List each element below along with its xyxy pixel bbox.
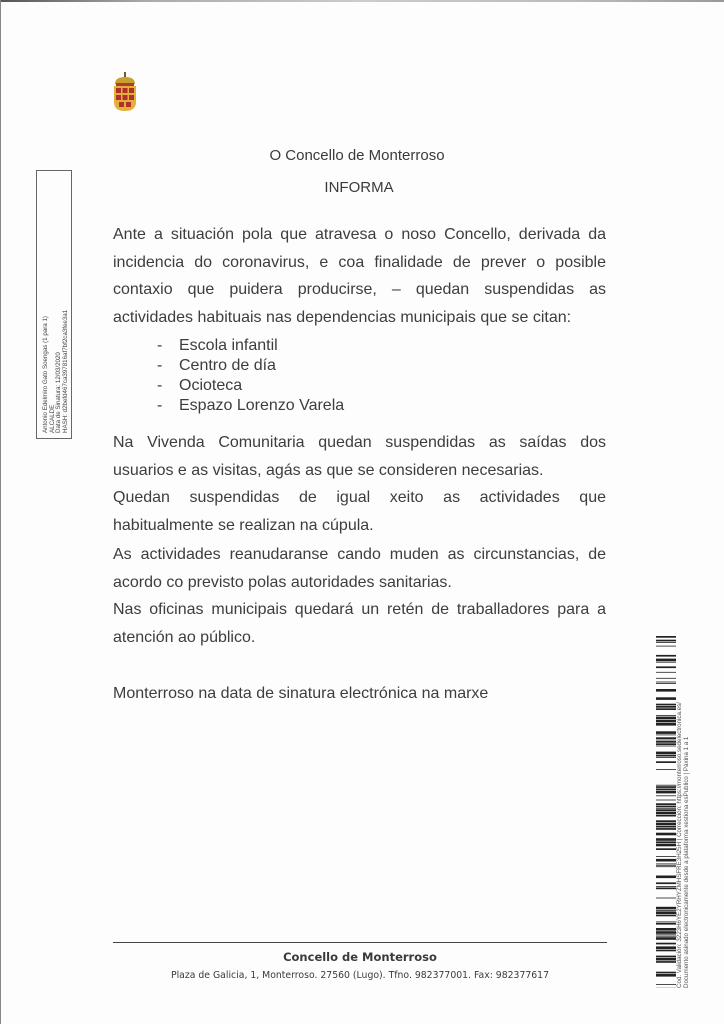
validation-platform: Documento asinado electronicamente desde… [683, 702, 690, 988]
validation-text: Cod. Validación: 3223H6YE2YRHYZMHSFRE3H2… [676, 702, 690, 988]
suspended-facilities-list: -Escola infantil -Centro de día -Ociotec… [157, 336, 344, 416]
footer-address: Plaza de Galicia, 1, Monterroso. 27560 (… [0, 970, 720, 981]
text-line: usuarios e as visitas, agás as que se co… [113, 457, 606, 485]
intro-paragraph: Ante a situación pola que atravesa o nos… [113, 221, 606, 331]
page-subtitle: INFORMA [0, 179, 721, 196]
list-dash: - [157, 396, 179, 416]
list-item: -Espazo Lorenzo Varela [157, 396, 344, 416]
footer-organization: Concello de Monterroso [0, 950, 720, 964]
text-line: As actividades reanudaranse cando muden … [113, 541, 606, 569]
text-line: habitualmente se realizan na cúpula. [113, 512, 606, 540]
text-line: Ante a situación pola que atravesa o nos… [113, 221, 606, 249]
list-item: -Centro de día [157, 356, 344, 376]
list-dash: - [157, 336, 179, 356]
text-line: Na Vivenda Comunitaria quedan suspendida… [113, 429, 606, 457]
list-item-label: Centro de día [179, 356, 276, 376]
coat-of-arms-icon [112, 72, 138, 112]
closing-text: Monterroso na data de sinatura electróni… [113, 680, 606, 708]
text-line: Quedan suspendidas de igual xeito as act… [113, 484, 606, 512]
scan-edge [0, 0, 724, 2]
list-dash: - [157, 356, 179, 376]
closing-line: Monterroso na data de sinatura electróni… [113, 680, 606, 708]
validation-barcode [656, 636, 676, 988]
list-item: -Ocioteca [157, 376, 344, 396]
text-line: contaxio que puidera producirse, – queda… [113, 276, 606, 304]
text-line: atención ao público. [113, 624, 606, 652]
text-line: acordo co previsto polas autoridades san… [113, 569, 606, 597]
list-item-label: Ocioteca [179, 376, 242, 396]
list-item-label: Escola infantil [179, 336, 278, 356]
validation-code: Cod. Validación: 3223H6YE2YRHYZMHSFRE3H2… [676, 702, 683, 988]
community-housing-paragraph: Na Vivenda Comunitaria quedan suspendida… [113, 429, 606, 539]
text-line: Nas oficinas municipais quedará un retén… [113, 596, 606, 624]
signature-hash: HASH: d2befd467ca397816af7bf2ca3fee3a1 [63, 310, 70, 433]
list-item: -Escola infantil [157, 336, 344, 356]
footer-divider [113, 942, 607, 943]
text-line: actividades habituais nas dependencias m… [113, 304, 606, 332]
list-item-label: Espazo Lorenzo Varela [179, 396, 344, 416]
resumption-paragraph: As actividades reanudaranse cando muden … [113, 541, 606, 651]
list-dash: - [157, 376, 179, 396]
page-title: O Concello de Monterroso [0, 147, 719, 164]
text-line: incidencia do coronavirus, e coa finalid… [113, 249, 606, 277]
signature-stamp: Antonio Edelmiro Gato Soengas (1 para 1)… [36, 170, 72, 439]
signature-text: Antonio Edelmiro Gato Soengas (1 para 1)… [43, 310, 69, 433]
